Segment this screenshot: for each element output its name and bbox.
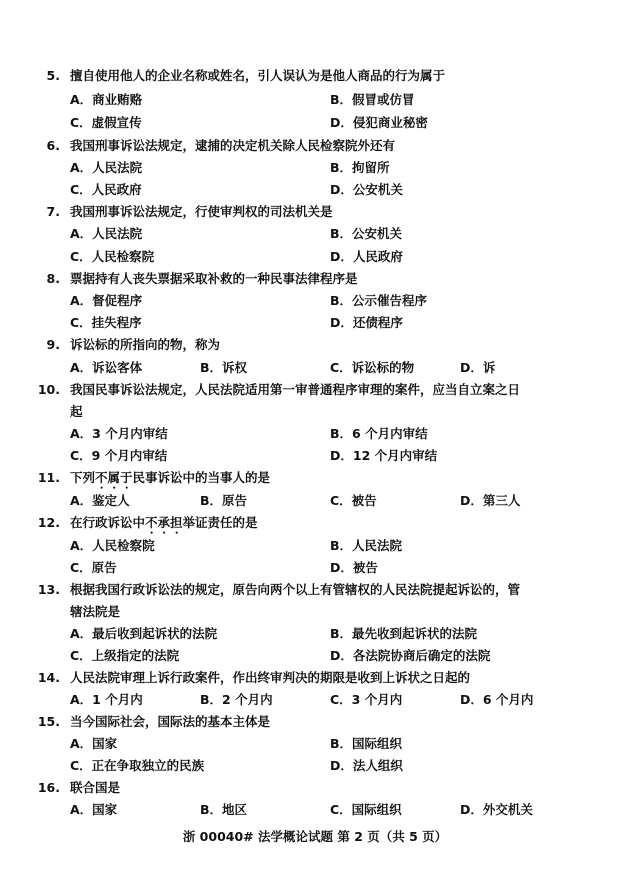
option-b: B．最先收到起诉状的法院 [330, 623, 477, 645]
question-number: 15. [0, 711, 60, 733]
page-footer: 浙 00040# 法学概论试题 第 2 页（共 5 页） [0, 826, 630, 848]
question-text-line2: 起 [70, 401, 83, 423]
option-c: C．挂失程序 [70, 312, 142, 334]
question-number: 11. [0, 467, 60, 489]
question-text: 联合国是 [70, 777, 120, 799]
question-text: 擅自使用他人的企业名称或姓名，引人误认为是他人商品的行为属于 [70, 65, 445, 87]
option-b: B．6 个月内审结 [330, 423, 428, 445]
question-text: 人民法院审理上诉行政案件，作出终审判决的期限是收到上诉状之日起的 [70, 667, 470, 689]
question-text-line2: 辖法院是 [70, 601, 120, 623]
question-text: 根据我国行政诉讼法的规定，原告向两个以上有管辖权的人民法院提起诉讼的，管 [70, 579, 520, 601]
question-text: 我国刑事诉讼法规定，逮捕的决定机关除人民检察院外还有 [70, 135, 395, 157]
option-d: D．各法院协商后确定的法院 [330, 645, 490, 667]
option-d: D．还债程序 [330, 312, 403, 334]
question-number: 16. [0, 777, 60, 799]
option-d: D．人民政府 [330, 246, 403, 268]
option-c: C．国际组织 [330, 799, 402, 821]
option-b: B．公示催告程序 [330, 290, 427, 312]
emphasized-text: 不属于 [95, 470, 133, 485]
option-b: B．地区 [200, 799, 247, 821]
emphasized-text: 不承担 [145, 515, 183, 530]
option-a: A．人民检察院 [70, 535, 155, 557]
question-number: 8. [0, 268, 60, 290]
option-b: B．公安机关 [330, 223, 402, 245]
option-a: A．最后收到起诉状的法院 [70, 623, 217, 645]
option-d: D．法人组织 [330, 755, 403, 777]
option-c: C．9 个月内审结 [70, 445, 167, 467]
question-text-pre: 下列 [70, 470, 95, 485]
option-c: C．人民检察院 [70, 246, 154, 268]
question-text-post: 举证责任的是 [183, 515, 258, 530]
question-text: 票据持有人丧失票据采取补救的一种民事法律程序是 [70, 268, 358, 290]
question-text: 诉讼标的所指向的物，称为 [70, 334, 220, 356]
option-d: D．侵犯商业秘密 [330, 112, 428, 134]
option-d: D．6 个月内 [460, 689, 533, 711]
option-a: A．国家 [70, 733, 117, 755]
option-c: C．被告 [330, 490, 377, 512]
option-b: B．人民法院 [330, 535, 402, 557]
question-number: 9. [0, 334, 60, 356]
option-c: C．3 个月内 [330, 689, 402, 711]
option-a: A．鉴定人 [70, 490, 130, 512]
option-b: B．2 个月内 [200, 689, 273, 711]
option-a: A．1 个月内 [70, 689, 143, 711]
option-b: B．原告 [200, 490, 247, 512]
question-number: 14. [0, 667, 60, 689]
option-b: B．国际组织 [330, 733, 402, 755]
option-a: A．人民法院 [70, 223, 142, 245]
question-text-post: 民事诉讼中的当事人的是 [133, 470, 271, 485]
option-c: C．原告 [70, 557, 117, 579]
question-text: 我国刑事诉讼法规定，行使审判权的司法机关是 [70, 201, 333, 223]
option-d: D．外交机关 [460, 799, 533, 821]
option-b: B．拘留所 [330, 157, 390, 179]
option-a: A．督促程序 [70, 290, 142, 312]
option-d: D．公安机关 [330, 179, 403, 201]
option-b: B．假冒或仿冒 [330, 89, 415, 111]
question-text: 当今国际社会，国际法的基本主体是 [70, 711, 270, 733]
question-text: 下列不属于民事诉讼中的当事人的是 [70, 467, 270, 492]
option-c: C．正在争取独立的民族 [70, 755, 204, 777]
option-d: D．12 个月内审结 [330, 445, 437, 467]
option-b: B．诉权 [200, 357, 247, 379]
question-text: 我国民事诉讼法规定，人民法院适用第一审普通程序审理的案件，应当自立案之日 [70, 379, 520, 401]
question-text: 在行政诉讼中不承担举证责任的是 [70, 512, 258, 537]
question-number: 13. [0, 579, 60, 601]
question-number: 12. [0, 512, 60, 534]
option-a: A．诉讼客体 [70, 357, 142, 379]
option-d: D．诉 [460, 357, 495, 379]
option-a: A．国家 [70, 799, 117, 821]
option-c: C．虚假宣传 [70, 112, 142, 134]
option-a: A．商业贿赂 [70, 89, 142, 111]
option-a: A．人民法院 [70, 157, 142, 179]
option-c: C．上级指定的法院 [70, 645, 179, 667]
question-number: 7. [0, 201, 60, 223]
option-d: D．第三人 [460, 490, 520, 512]
question-number: 5. [0, 65, 60, 87]
option-c: C．诉讼标的物 [330, 357, 414, 379]
option-a: A．3 个月内审结 [70, 423, 168, 445]
question-text-pre: 在行政诉讼中 [70, 515, 145, 530]
question-number: 10. [0, 379, 60, 401]
option-c: C．人民政府 [70, 179, 142, 201]
exam-page: 5. 擅自使用他人的企业名称或姓名，引人误认为是他人商品的行为属于 A．商业贿赂… [0, 0, 630, 889]
question-number: 6. [0, 135, 60, 157]
option-d: D．被告 [330, 557, 378, 579]
